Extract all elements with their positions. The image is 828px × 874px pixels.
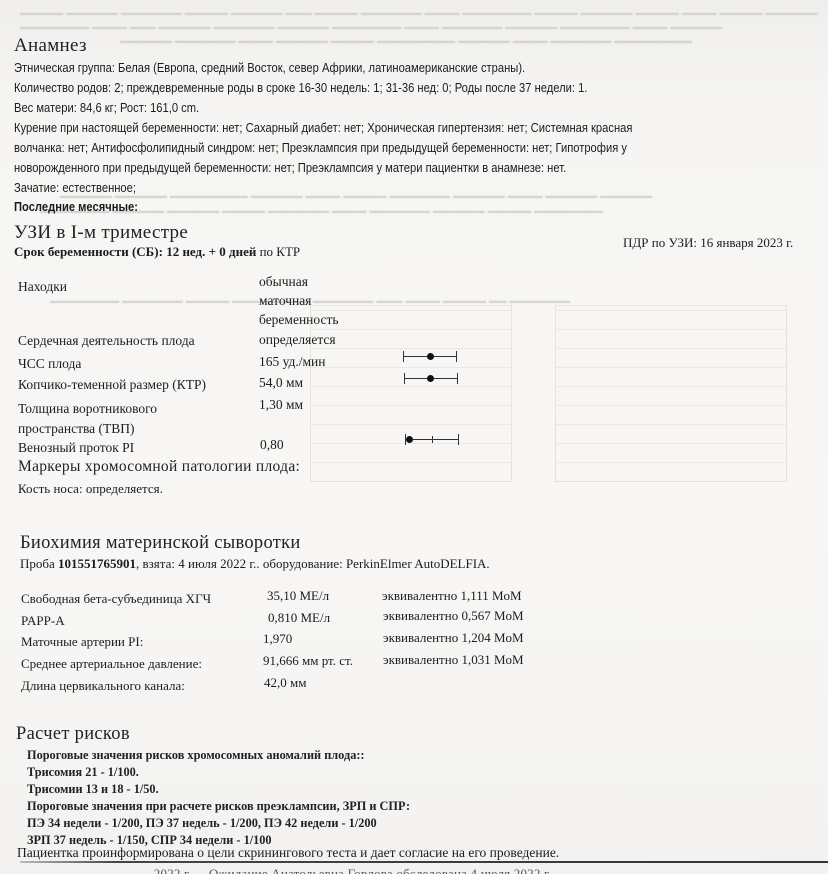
range-mid-tick (432, 436, 433, 443)
bleed-through-text: ▁▁▁▁▁▁ ▁▁▁▁▁▁ ▁▁▁▁▁▁▁▁▁ ▁▁▁▁▁▁ ▁▁▁▁ ▁▁▁▁… (60, 185, 652, 198)
range-marker-dot (427, 375, 434, 382)
bio-row-label: Среднее артериальное давление: (21, 656, 202, 672)
us-row-label: Находки (18, 279, 67, 295)
bio-row-label: Свободная бета-субъединица ХГЧ (21, 591, 211, 607)
bleed-through-text: ▁▁▁▁▁▁ ▁▁▁▁▁▁▁ ▁▁▁▁ ▁▁▁▁▁▁ ▁▁▁▁▁ ▁▁▁▁▁▁▁… (120, 30, 692, 43)
risk-line: Трисомия 21 - 1/100. (27, 765, 139, 780)
us-row-label: Толщина воротникового пространства (ТВП) (18, 399, 157, 439)
label-line: Толщина воротникового (18, 399, 157, 419)
range-cap-right (458, 434, 459, 445)
bio-row-value: 42,0 мм (264, 675, 306, 691)
bio-row-value: 1,970 (263, 631, 292, 647)
risk-line: Трисомии 13 и 18 - 1/50. (27, 782, 159, 797)
weight-height: Вес матери: 84,6 кг; Рост: 161,0 cm. (14, 100, 199, 115)
normal-range-bar (403, 351, 457, 362)
risk-line: Пороговые значения при расчете рисков пр… (27, 799, 410, 814)
range-cap-right (457, 373, 458, 384)
bio-row-mom: эквивалентно 0,567 MoM (383, 608, 524, 624)
bio-row-value: 35,10 МЕ/л (267, 588, 329, 604)
gestational-age-suffix: по КТР (256, 244, 300, 259)
bio-row-mom: эквивалентно 1,111 MoM (382, 588, 522, 604)
range-cap-left (403, 351, 404, 362)
us-row-value: 165 уд./мин (259, 354, 326, 370)
gestational-age-label: Срок беременности (СБ): (14, 244, 166, 259)
finding-line: маточная (259, 291, 339, 310)
consent-statement: Пациентка проинформирована о цели скрини… (17, 845, 559, 861)
range-cap-right (456, 351, 457, 362)
bleed-through-chart (555, 305, 787, 482)
conception: Зачатие: естественное; (14, 180, 136, 195)
range-marker-dot (406, 436, 413, 443)
bio-row-value: 0,810 МЕ/л (268, 610, 330, 626)
chromosomal-markers-title: Маркеры хромосомной патологии плода: (18, 458, 300, 476)
normal-range-bar (405, 434, 459, 445)
finding-line: беременность (259, 310, 339, 329)
gestational-age: Срок беременности (СБ): 12 нед. + 0 дней… (14, 244, 300, 260)
sample-prefix: Проба (20, 556, 58, 571)
sample-suffix: , взята: 4 июля 2022 г.. оборудование: P… (136, 556, 490, 571)
us-row-label: Сердечная деятельность плода (18, 333, 195, 349)
finding-line: обычная (259, 272, 339, 291)
anamnesis-title: Анамнез (14, 35, 87, 57)
us-row-value: обычная маточная беременность (259, 272, 339, 329)
us-row-value: определяется (259, 332, 336, 348)
risk-line: ПЭ 34 недели - 1/200, ПЭ 37 недель - 1/2… (27, 816, 377, 831)
us-row-label: Венозный проток PI (18, 440, 134, 456)
risk-line: Пороговые значения рисков хромосомных ан… (27, 748, 365, 763)
scanned-report-page: ▁▁▁▁▁ ▁▁▁▁▁▁ ▁▁▁▁▁▁▁ ▁▁▁▁▁ ▁▁▁▁▁▁ ▁▁▁ ▁▁… (0, 0, 828, 874)
conditions-line-3: новорожденного при предыдущей беременнос… (14, 160, 566, 175)
footer-cut-text: ... 2022 г. ... Ожидание Анатольевна Гор… (140, 866, 555, 874)
bio-row-mom: эквивалентно 1,031 MoM (383, 652, 524, 668)
ultrasound-title: УЗИ в I-м триместре (14, 222, 188, 244)
bio-row-value: 91,666 мм рт. ст. (263, 653, 353, 669)
gestational-age-value: 12 нед. + 0 дней (166, 244, 256, 259)
bio-row-mom: эквивалентно 1,204 MoM (383, 630, 524, 646)
normal-range-bar (404, 373, 458, 384)
bio-row-label: PAPP-A (21, 613, 65, 629)
estimated-due-date: ПДР по УЗИ: 16 января 2023 г. (623, 235, 793, 251)
us-row-label: ЧСС плода (18, 356, 81, 372)
us-row-value: 1,30 мм (259, 397, 303, 413)
label-line: пространства (ТВП) (18, 419, 157, 439)
bio-row-label: Длина цервикального канала: (21, 678, 185, 694)
bio-row-label: Маточные артерии PI: (21, 634, 143, 650)
us-row-value: 0,80 (260, 437, 284, 453)
conditions-line-1: Курение при настоящей беременности: нет;… (14, 120, 632, 135)
footer-divider (20, 861, 828, 863)
conditions-line-2: волчанка: нет; Антифосфолипидный синдром… (14, 140, 627, 155)
ethnic-group: Этническая группа: Белая (Европа, средни… (14, 60, 525, 75)
sample-id: 101551765901 (58, 556, 136, 571)
us-row-value: 54,0 мм (259, 375, 303, 391)
bleed-through-text: ▁▁▁▁▁▁▁▁ ▁▁▁▁ ▁▁▁ ▁▁▁▁▁▁ ▁▁▁▁▁▁▁ ▁▁▁▁▁▁ … (20, 16, 722, 29)
us-row-label: Копчико-теменной размер (КТР) (18, 377, 206, 393)
bleed-through-text: ▁▁▁▁▁ ▁▁▁▁▁▁ ▁▁▁▁▁▁▁ ▁▁▁▁▁ ▁▁▁▁▁▁ ▁▁▁ ▁▁… (20, 2, 818, 15)
range-cap-left (404, 373, 405, 384)
sample-info: Проба 101551765901, взята: 4 июля 2022 г… (20, 556, 490, 572)
last-menses: Последние месячные: (14, 199, 138, 214)
biochemistry-title: Биохимия материнской сыворотки (20, 533, 301, 554)
nasal-bone: Кость носа: определяется. (18, 481, 163, 497)
range-marker-dot (427, 353, 434, 360)
births-history: Количество родов: 2; преждевременные род… (14, 80, 587, 95)
bleed-through-chart (310, 305, 512, 482)
risks-title: Расчет рисков (16, 724, 130, 745)
